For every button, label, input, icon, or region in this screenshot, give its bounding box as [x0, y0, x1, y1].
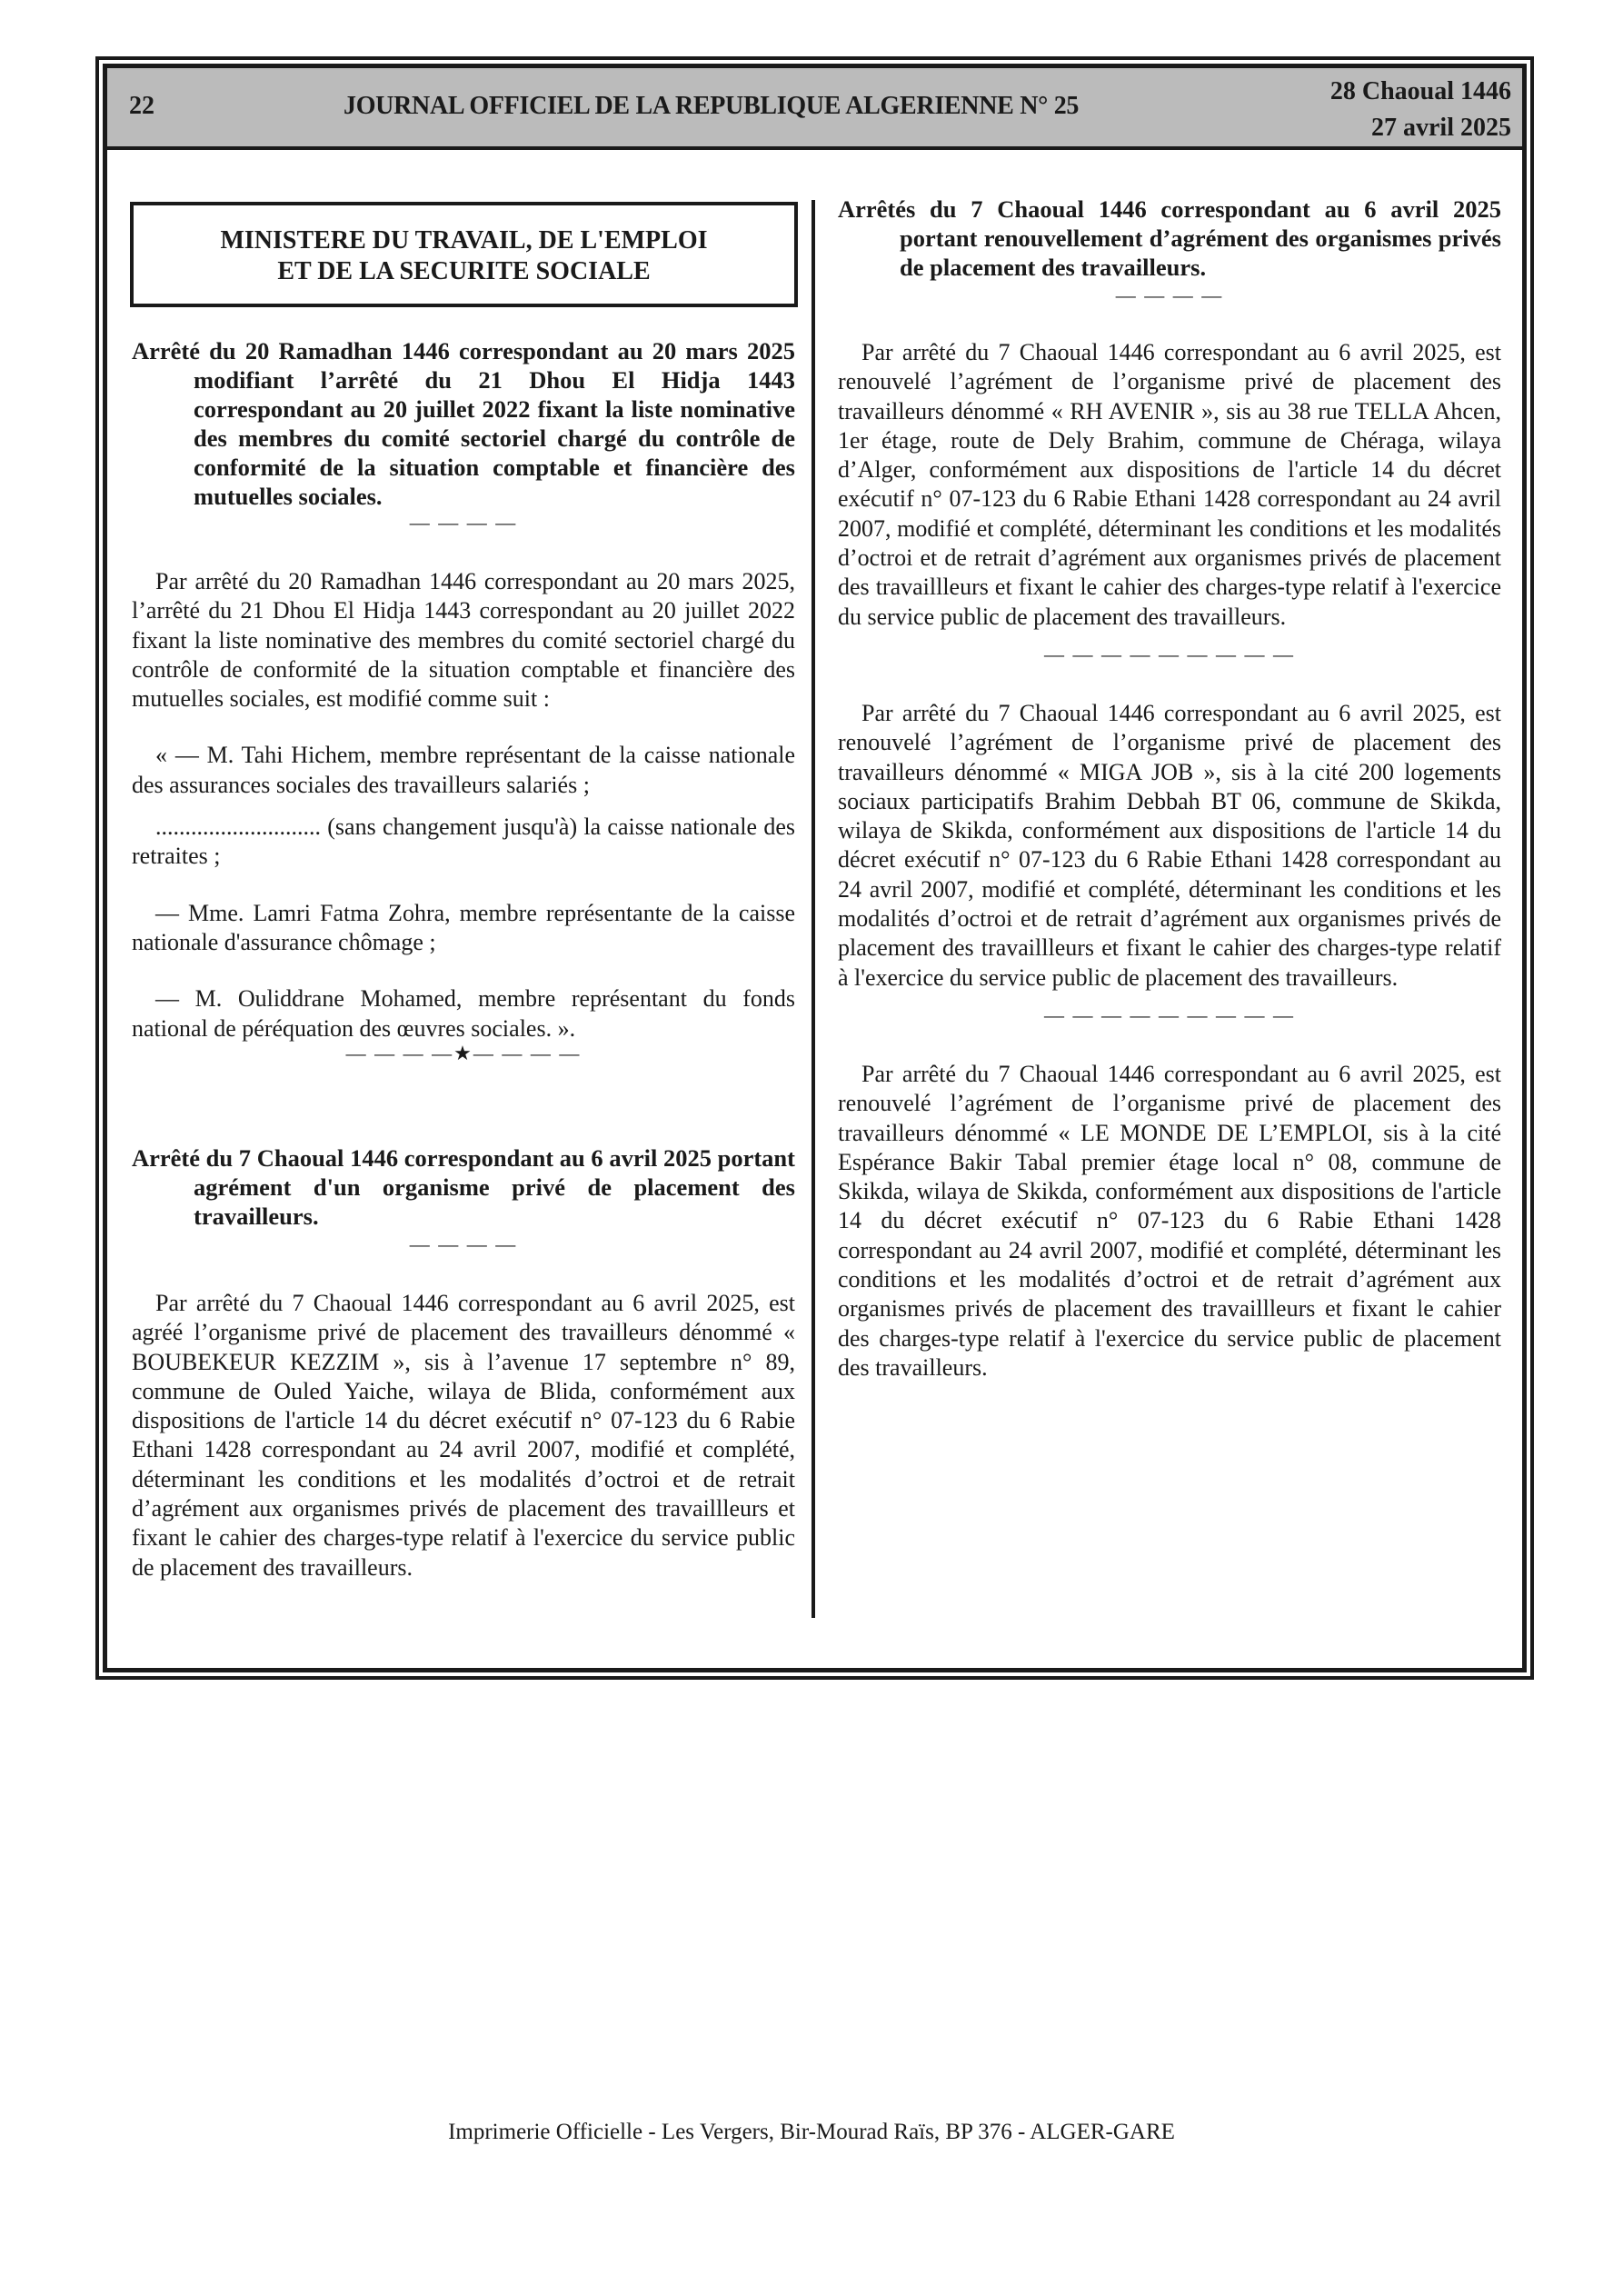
arrete-2-body: Par arrêté du 7 Chaoual 1446 corresponda…	[132, 1289, 795, 1582]
separator: — — — —	[132, 513, 795, 533]
ministry-title-line2: ET DE LA SECURITE SOCIALE	[134, 256, 794, 287]
renouvellement-entry-miga-job: Par arrêté du 7 Chaoual 1446 corresponda…	[838, 699, 1501, 993]
separator: — — — —	[132, 1234, 795, 1254]
page-number: 22	[129, 92, 154, 121]
column-divider	[811, 200, 815, 1618]
arrete-2-heading: Arrêté du 7 Chaoual 1446 correspondant a…	[132, 1143, 795, 1231]
member-item: « — M. Tahi Hichem, membre représentant …	[132, 741, 795, 800]
printer-footer: Imprimerie Officielle - Les Vergers, Bir…	[0, 2120, 1623, 2145]
arretes-renouvellement-section: Arrêtés du 7 Chaoual 1446 correspondant …	[838, 195, 1501, 1383]
member-item: — Mme. Lamri Fatma Zohra, membre représe…	[132, 899, 795, 958]
ministry-title-box: MINISTERE DU TRAVAIL, DE L'EMPLOI ET DE …	[130, 202, 798, 307]
renouvellement-entry-rh-avenir: Par arrêté du 7 Chaoual 1446 corresponda…	[838, 338, 1501, 632]
arrete-1-section: Arrêté du 20 Ramadhan 1446 correspondant…	[132, 336, 795, 1063]
separator: — — — —	[838, 285, 1501, 305]
member-item: — M. Ouliddrane Mohamed, membre représen…	[132, 984, 795, 1043]
arrete-1-heading: Arrêté du 20 Ramadhan 1446 correspondant…	[132, 336, 795, 511]
gregorian-date: 27 avril 2025	[1330, 110, 1511, 146]
star-separator: — — — —★— — — —	[132, 1043, 795, 1063]
renouvellement-entry-le-monde-de-l-emploi: Par arrêté du 7 Chaoual 1446 corresponda…	[838, 1060, 1501, 1383]
issue-date: 28 Chaoual 1446 27 avril 2025	[1330, 74, 1511, 146]
renouvellement-heading: Arrêtés du 7 Chaoual 1446 correspondant …	[838, 195, 1501, 282]
ministry-title-line1: MINISTERE DU TRAVAIL, DE L'EMPLOI	[134, 225, 794, 256]
member-item: ............................ (sans chang…	[132, 813, 795, 872]
arrete-2-section: Arrêté du 7 Chaoual 1446 correspondant a…	[132, 1143, 795, 1582]
journal-title: JOURNAL OFFICIEL DE LA REPUBLIQUE ALGERI…	[344, 92, 1079, 121]
separator: — — — — — — — — —	[838, 1005, 1501, 1025]
page-header: 22 JOURNAL OFFICIEL DE LA REPUBLIQUE ALG…	[107, 68, 1522, 150]
hijri-date: 28 Chaoual 1446	[1330, 74, 1511, 110]
separator: — — — — — — — — —	[838, 644, 1501, 664]
arrete-1-body: Par arrêté du 20 Ramadhan 1446 correspon…	[132, 567, 795, 714]
